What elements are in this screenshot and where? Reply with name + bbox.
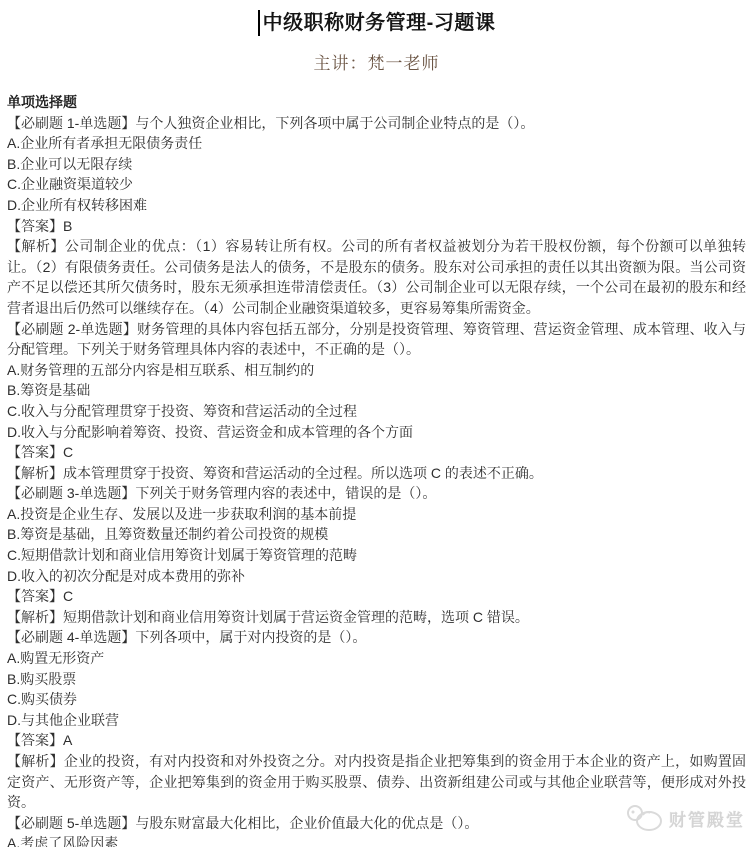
- analysis-text: 企业的投资，有对内投资和对外投资之分。对内投资是指企业把筹集到的资金用于本企业的…: [7, 753, 746, 810]
- question-option: A.财务管理的五部分内容是相互联系、相互制约的: [7, 360, 746, 381]
- analysis-label: 【解析】: [7, 465, 63, 481]
- analysis-line: 【解析】短期借款计划和商业信用筹资计划属于营运资金管理的范畴，选项 C 错误。: [7, 607, 746, 628]
- question-option: A.企业所有者承担无限债务责任: [7, 133, 746, 154]
- question-option: C.短期借款计划和商业信用筹资计划属于筹资管理的范畴: [7, 545, 746, 566]
- answer-label: 【答案】: [7, 444, 63, 460]
- question-stem: 【必刷题 4-单选题】下列各项中，属于对内投资的是（）。: [7, 627, 746, 648]
- question-option: B.购买股票: [7, 669, 746, 690]
- question-option: D.企业所有权转移困难: [7, 195, 746, 216]
- answer-label: 【答案】: [7, 588, 63, 604]
- question-option: B.企业可以无限存续: [7, 154, 746, 175]
- analysis-label: 【解析】: [7, 753, 64, 769]
- question-option: A.购置无形资产: [7, 648, 746, 669]
- answer-value: C: [63, 444, 73, 460]
- answer-line: 【答案】B: [7, 216, 746, 237]
- answer-value: B: [63, 218, 72, 234]
- lecturer-line: 主讲：梵一老师: [7, 53, 746, 75]
- analysis-line: 【解析】成本管理贯穿于投资、筹资和营运活动的全过程。所以选项 C 的表述不正确。: [7, 463, 746, 484]
- question-stem: 【必刷题 1-单选题】与个人独资企业相比，下列各项中属于公司制企业特点的是（）。: [7, 113, 746, 134]
- question-option: B.筹资是基础: [7, 380, 746, 401]
- answer-line: 【答案】A: [7, 730, 746, 751]
- question-block-2: 【必刷题 2-单选题】财务管理的具体内容包括五部分，分别是投资管理、筹资管理、营…: [7, 319, 746, 484]
- question-block-1: 【必刷题 1-单选题】与个人独资企业相比，下列各项中属于公司制企业特点的是（）。…: [7, 113, 746, 319]
- question-block-4: 【必刷题 4-单选题】下列各项中，属于对内投资的是（）。 A.购置无形资产 B.…: [7, 627, 746, 812]
- answer-line: 【答案】C: [7, 442, 746, 463]
- answer-label: 【答案】: [7, 218, 63, 234]
- question-option: A.考虑了风险因素: [7, 833, 746, 847]
- analysis-line: 【解析】公司制企业的优点：（1）容易转让所有权。公司的所有者权益被划分为若干股权…: [7, 236, 746, 318]
- document-page[interactable]: 中级职称财务管理-习题课 主讲：梵一老师 单项选择题 【必刷题 1-单选题】与个…: [0, 0, 753, 847]
- analysis-label: 【解析】: [7, 238, 65, 254]
- analysis-text: 公司制企业的优点：（1）容易转让所有权。公司的所有者权益被划分为若干股权份额，每…: [7, 238, 746, 316]
- answer-value: C: [63, 588, 73, 604]
- question-option: D.与其他企业联营: [7, 710, 746, 731]
- document-title: 中级职称财务管理-习题课: [258, 10, 496, 36]
- analysis-line: 【解析】企业的投资，有对内投资和对外投资之分。对内投资是指企业把筹集到的资金用于…: [7, 751, 746, 813]
- question-stem: 【必刷题 3-单选题】下列关于财务管理内容的表述中，错误的是（）。: [7, 483, 746, 504]
- analysis-text: 短期借款计划和商业信用筹资计划属于营运资金管理的范畴，选项 C 错误。: [63, 609, 529, 625]
- question-option: B.筹资是基础，且筹资数量还制约着公司投资的规模: [7, 524, 746, 545]
- section-heading: 单项选择题: [7, 92, 746, 113]
- document-body: 单项选择题 【必刷题 1-单选题】与个人独资企业相比，下列各项中属于公司制企业特…: [7, 92, 746, 847]
- answer-value: A: [63, 732, 72, 748]
- question-option: C.企业融资渠道较少: [7, 174, 746, 195]
- question-option: A.投资是企业生存、发展以及进一步获取利润的基本前提: [7, 504, 746, 525]
- analysis-text: 成本管理贯穿于投资、筹资和营运活动的全过程。所以选项 C 的表述不正确。: [63, 465, 543, 481]
- question-stem: 【必刷题 2-单选题】财务管理的具体内容包括五部分，分别是投资管理、筹资管理、营…: [7, 319, 746, 360]
- question-option: C.购买债券: [7, 689, 746, 710]
- answer-label: 【答案】: [7, 732, 63, 748]
- question-option: D.收入与分配影响着筹资、投资、营运资金和成本管理的各个方面: [7, 422, 746, 443]
- question-block-5: 【必刷题 5-单选题】与股东财富最大化相比，企业价值最大化的优点是（）。 A.考…: [7, 813, 746, 847]
- question-stem: 【必刷题 5-单选题】与股东财富最大化相比，企业价值最大化的优点是（）。: [7, 813, 746, 834]
- question-option: D.收入的初次分配是对成本费用的弥补: [7, 566, 746, 587]
- analysis-label: 【解析】: [7, 609, 63, 625]
- question-block-3: 【必刷题 3-单选题】下列关于财务管理内容的表述中，错误的是（）。 A.投资是企…: [7, 483, 746, 627]
- answer-line: 【答案】C: [7, 586, 746, 607]
- question-option: C.收入与分配管理贯穿于投资、筹资和营运活动的全过程: [7, 401, 746, 422]
- document-title-row: 中级职称财务管理-习题课: [7, 10, 746, 36]
